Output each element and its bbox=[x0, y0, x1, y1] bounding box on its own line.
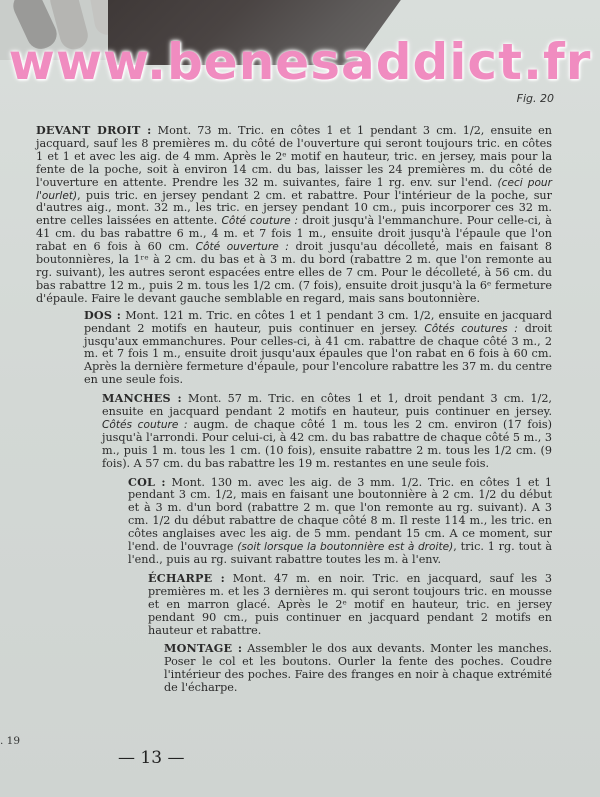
section-title: MANCHES : bbox=[102, 391, 182, 405]
italic-note: Côté couture : bbox=[221, 215, 298, 227]
watermark: www.benesaddict.fr bbox=[0, 32, 600, 92]
section-manches: MANCHES : Mont. 57 m. Tric. en côtes 1 e… bbox=[102, 392, 552, 470]
section-title: ÉCHARPE : bbox=[148, 571, 225, 585]
section-devant-droit: DEVANT DROIT : Mont. 73 m. Tric. en côte… bbox=[36, 124, 552, 306]
section-col: COL : Mont. 130 m. avec les aig. de 3 mm… bbox=[128, 476, 552, 567]
section-montage: MONTAGE : Assembler le dos aux devants. … bbox=[164, 642, 552, 695]
section-dos: DOS : Mont. 121 m. Tric. en côtes 1 et 1… bbox=[84, 309, 552, 387]
section-title: DEVANT DROIT : bbox=[36, 123, 152, 137]
section-title: MONTAGE : bbox=[164, 641, 242, 655]
figure-ref: . 19 bbox=[0, 735, 20, 747]
figure-label: Fig. 20 bbox=[517, 92, 554, 105]
italic-note: (soit lorsque la boutonnière est à droit… bbox=[237, 541, 453, 553]
section-echarpe: ÉCHARPE : Mont. 47 m. en noir. Tric. en … bbox=[148, 572, 552, 638]
section-title: COL : bbox=[128, 475, 166, 489]
italic-note: Côtés couture : bbox=[102, 419, 188, 431]
page-number: — 13 — bbox=[118, 748, 184, 768]
pattern-instructions: DEVANT DROIT : Mont. 73 m. Tric. en côte… bbox=[30, 124, 552, 698]
italic-note: Côtés coutures : bbox=[424, 323, 517, 335]
italic-note: Côté ouverture : bbox=[196, 241, 289, 253]
section-title: DOS : bbox=[84, 308, 121, 322]
